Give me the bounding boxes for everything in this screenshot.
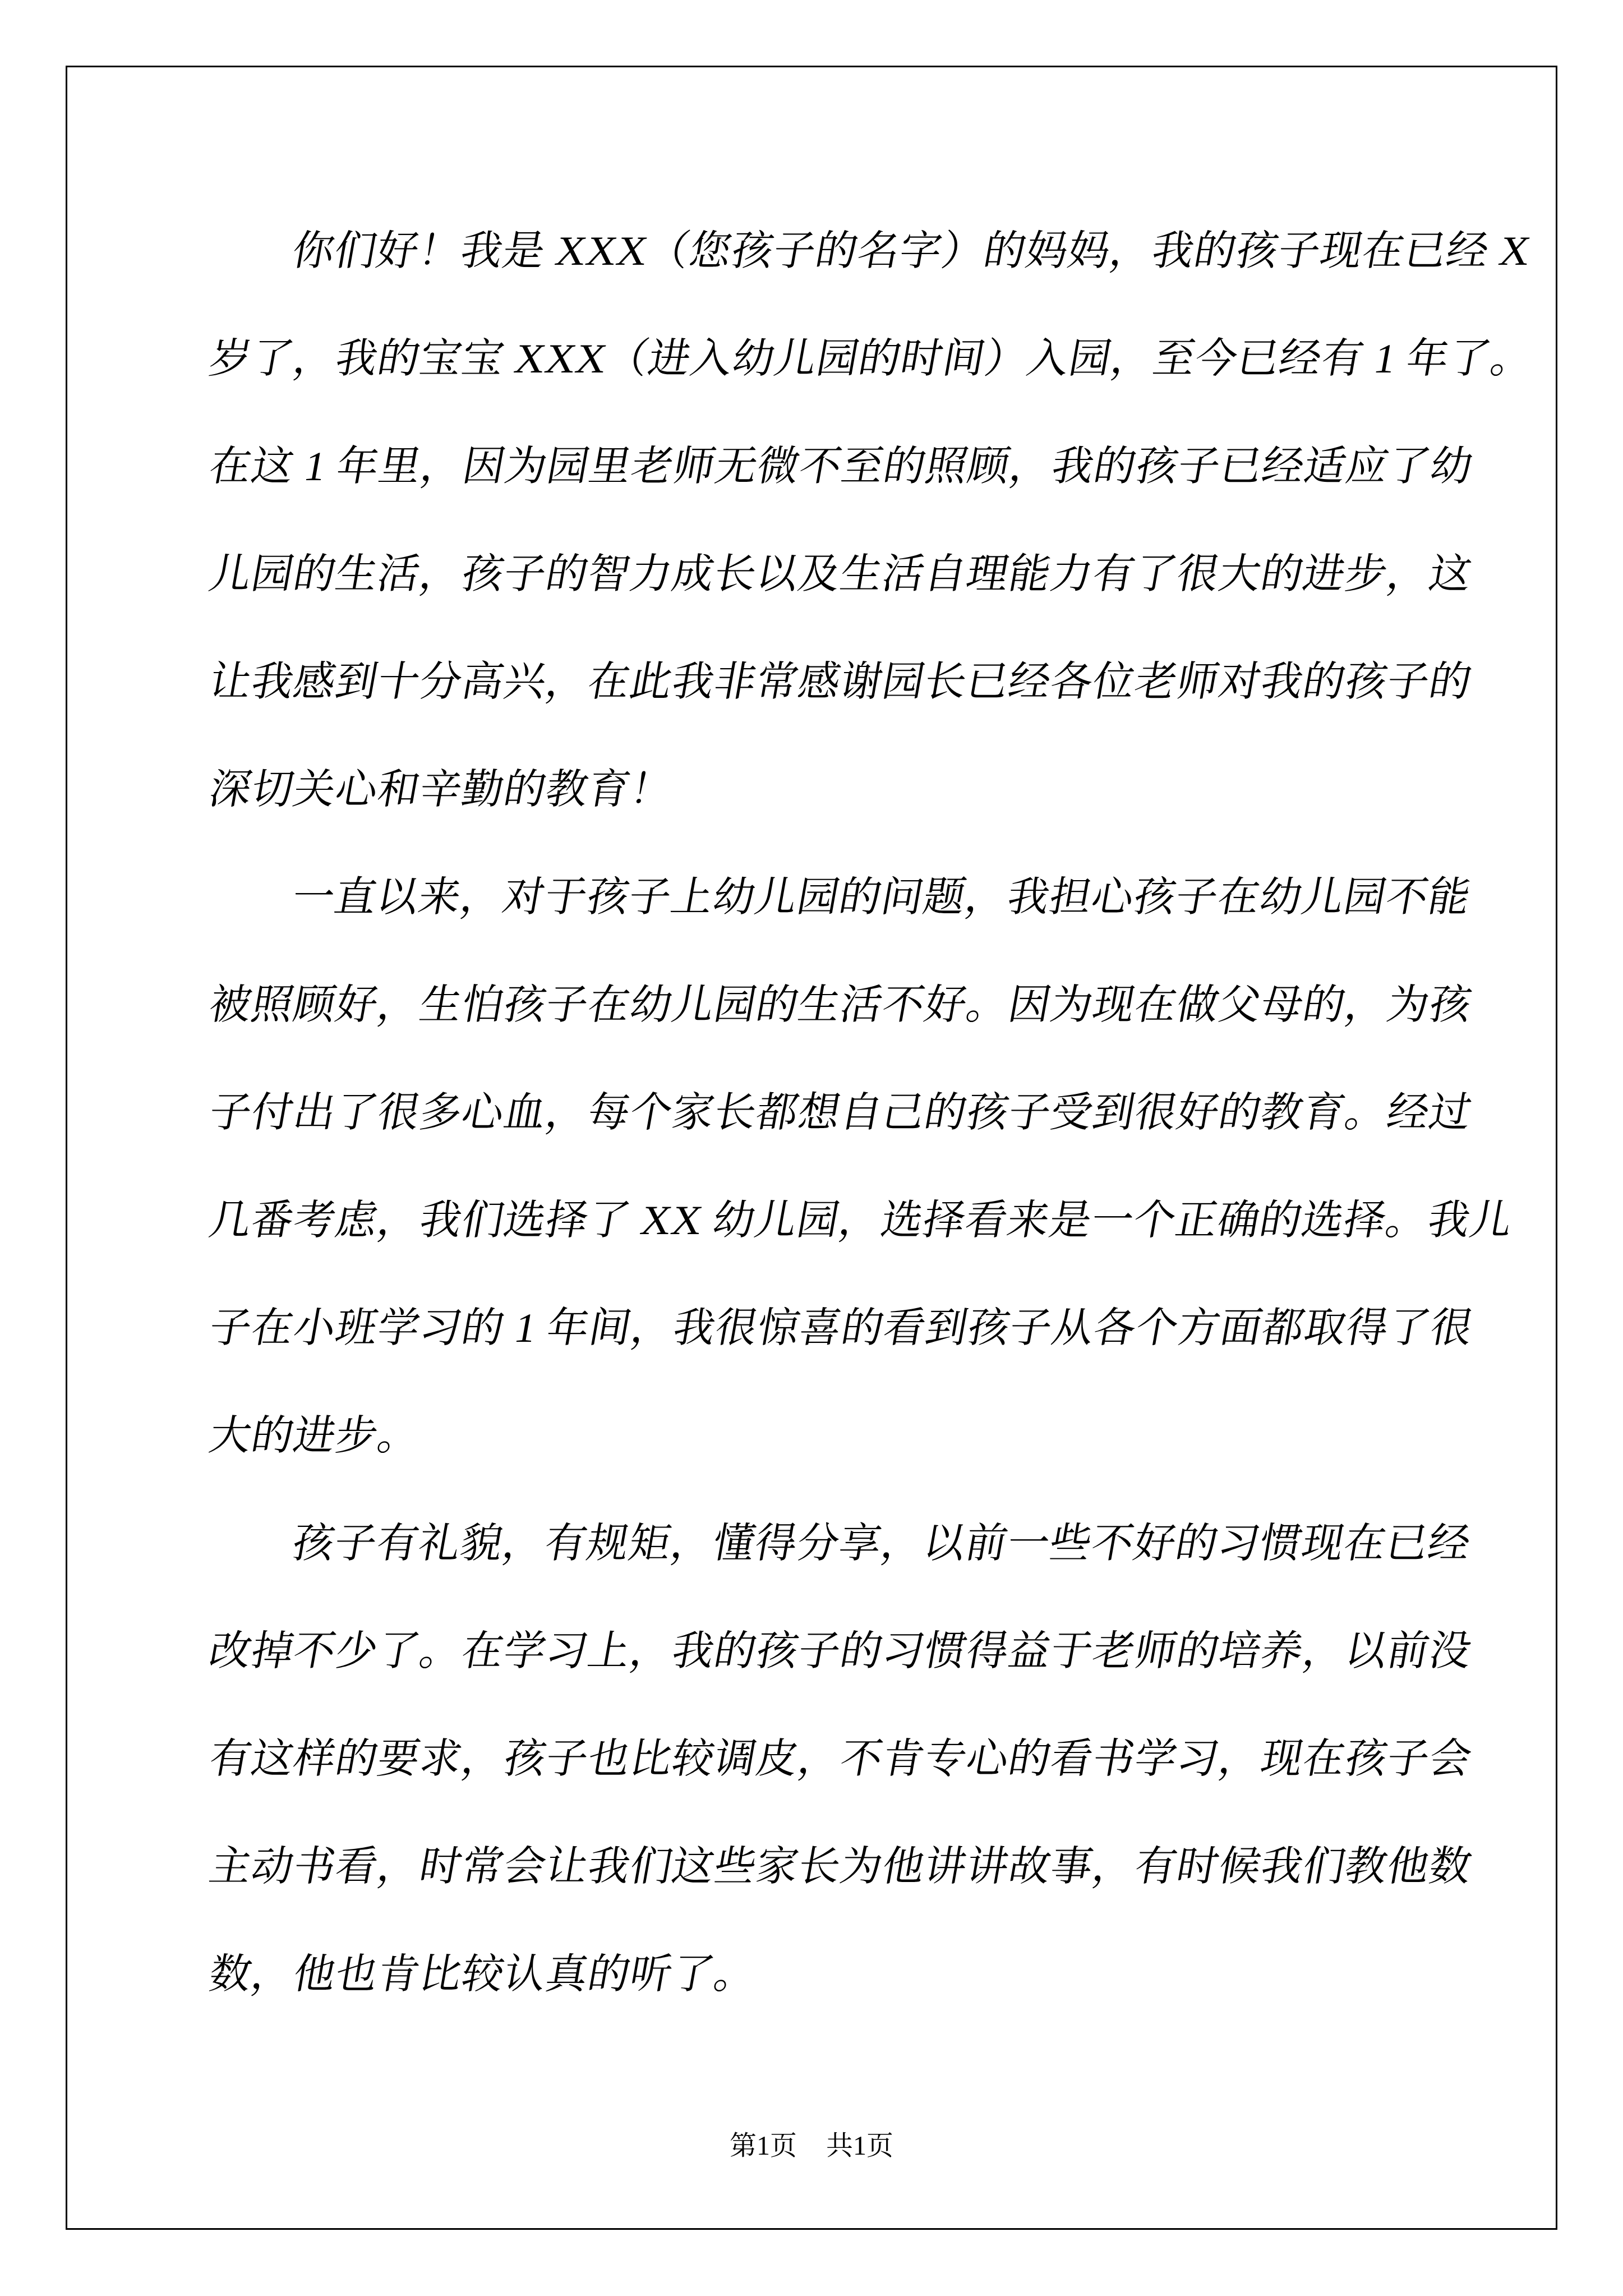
- page-number-total: 共1页: [826, 2131, 893, 2161]
- text-line: 大的进步。: [200, 1382, 1470, 1490]
- text-line: 在这 1 年里，因为园里老师无微不至的照顾，我的孩子已经适应了幼: [200, 413, 1470, 521]
- text-line: 一直以来，对于孩子上幼儿园的问题，我担心孩子在幼儿园不能: [200, 844, 1470, 951]
- text-line: 有这样的要求，孩子也比较调皮，不肯专心的看书学习，现在孩子会: [200, 1705, 1470, 1813]
- text-line: 子在小班学习的 1 年间，我很惊喜的看到孩子从各个方面都取得了很: [200, 1274, 1470, 1382]
- text-line: 数，他也肯比较认真的听了。: [200, 1921, 1470, 2028]
- page-footer: 第1页共1页: [0, 2131, 1623, 2162]
- text-line: 让我感到十分高兴，在此我非常感谢园长已经各位老师对我的孩子的: [200, 628, 1470, 736]
- text-line: 你们好！我是 XXX（您孩子的名字）的妈妈，我的孩子现在已经 X: [200, 197, 1470, 305]
- page-number-current: 第1页: [730, 2131, 797, 2161]
- document-body: 你们好！我是 XXX（您孩子的名字）的妈妈，我的孩子现在已经 X岁了，我的宝宝 …: [200, 197, 1451, 2028]
- text-line: 儿园的生活，孩子的智力成长以及生活自理能力有了很大的进步，这: [200, 521, 1470, 628]
- text-line: 改掉不少了。在学习上，我的孩子的习惯得益于老师的培养，以前没: [200, 1598, 1470, 1705]
- text-line: 几番考虑，我们选择了 XX 幼儿园，选择看来是一个正确的选择。我儿: [200, 1167, 1470, 1274]
- text-line: 主动书看，时常会让我们这些家长为他讲讲故事，有时候我们教他数: [200, 1813, 1470, 1921]
- text-line: 深切关心和辛勤的教育！: [200, 736, 1470, 844]
- text-line: 岁了，我的宝宝 XXX（进入幼儿园的时间）入园，至今已经有 1 年了。: [200, 305, 1470, 413]
- document-page: { "page": { "background_color": "#ffffff…: [0, 0, 1623, 2296]
- text-line: 子付出了很多心血，每个家长都想自己的孩子受到很好的教育。经过: [200, 1059, 1470, 1167]
- text-line: 被照顾好，生怕孩子在幼儿园的生活不好。因为现在做父母的，为孩: [200, 951, 1470, 1059]
- text-line: 孩子有礼貌，有规矩，懂得分享，以前一些不好的习惯现在已经: [200, 1490, 1470, 1598]
